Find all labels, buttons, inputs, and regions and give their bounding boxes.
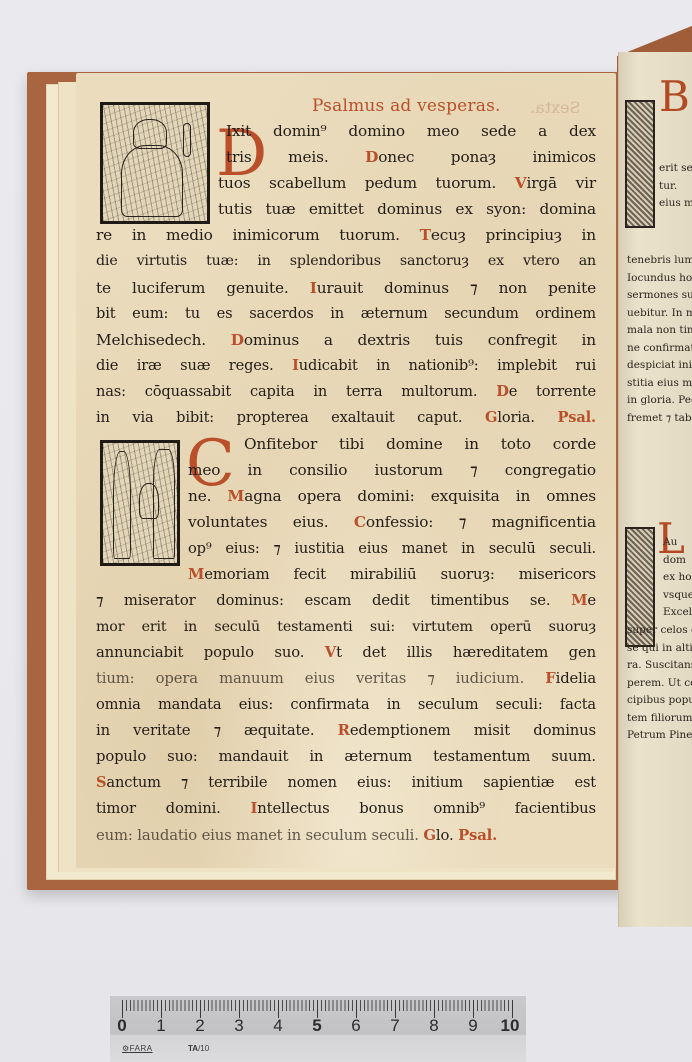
line-text: in via bibit: propterea exaltauit caput. (96, 409, 485, 426)
facing-line: Au (663, 534, 692, 552)
text-line: tutis tuæ emittet dominus ex syon: domin… (96, 196, 596, 222)
text-line: nas: cōquassabit capita in terra multoru… (96, 379, 596, 405)
line-text: urauit dominus ⁊ non penite (317, 279, 596, 297)
text-line: die virtutis tuæ: in splendoribus sancto… (96, 248, 596, 274)
line-text: udicabit in nationib⁹: implebit rui (299, 357, 596, 374)
facing-line: mala non timebit (627, 322, 692, 340)
text-line: Ixit domin⁹ domino meo sede a dex (96, 118, 596, 144)
ruler-number: 7 (390, 1016, 399, 1036)
line-text: onfessio: ⁊ magnificentia (366, 513, 596, 531)
rubric-initial: F (545, 670, 555, 687)
text-line: in via bibit: propterea exaltauit caput.… (96, 405, 596, 431)
line-text: emoriam fecit mirabiliū suoruȝ: miserico… (204, 566, 596, 583)
rubric-initial: M (188, 566, 204, 583)
text-line: in veritate ⁊ æquitate. Redemptionem mis… (96, 718, 596, 744)
rubric-initial: S (96, 774, 106, 791)
facing-line: eius ma (659, 195, 692, 213)
line-text: eum: laudatio eius manet in seculum secu… (96, 827, 423, 844)
rubric-initial: D (231, 331, 244, 349)
text-line: Onfitebor tibi domine in toto corde (96, 431, 596, 457)
ruler-number: 5 (312, 1016, 321, 1036)
line-text: populo suo: mandauit in æternum testamen… (96, 748, 596, 765)
facing-line: vsque ad (663, 587, 692, 605)
text-line: Sanctum ⁊ terribile nomen eius: initium … (96, 770, 596, 796)
text-line: populo suo: mandauit in æternum testamen… (96, 744, 596, 770)
rubric-initial: D (496, 383, 509, 400)
text-line: Melchisedech. Dominus a dextris tuis con… (96, 327, 596, 353)
line-text: te luciferum genuite. (96, 279, 310, 297)
facing-line: erit sem (659, 160, 692, 178)
line-text: timor domini. (96, 800, 250, 817)
facing-line: dom (663, 552, 692, 570)
ruler-number: 4 (273, 1016, 282, 1036)
line-text: in veritate ⁊ æquitate. (96, 722, 338, 739)
ruler-number: 3 (234, 1016, 243, 1036)
line-text: e torrente (509, 383, 596, 400)
text-line: meo in consilio iustorum ⁊ congregatio (96, 457, 596, 483)
ruler-number: 10 (501, 1016, 520, 1036)
rubric-initial: V (515, 174, 527, 192)
facing-page: B L erit sem tur. eius ma tenebris lumen… (618, 52, 692, 927)
brand-name: FARA (130, 1044, 153, 1053)
line-text: loria. (497, 409, 557, 426)
text-line: tuos scabellum pedum tuorum. Virgā vir (96, 170, 596, 196)
facing-text-lower-side: Au dom ex hoc nu vsque ad Excelsus (663, 534, 692, 622)
text-line: omnia mandata eius: confirmata in seculu… (96, 692, 596, 718)
line-text: lo. (436, 827, 458, 844)
text-line: annunciabit populo suo. Vt det illis hær… (96, 640, 596, 666)
line-text: op⁹ eius: ⁊ iustitia eius manet in secul… (188, 540, 596, 557)
facing-text-lower: super celos gloria e se qui in altis hab… (627, 622, 692, 745)
text-line: ⁊ miserator dominus: escam dedit timenti… (96, 588, 596, 614)
line-text: die iræ suæ reges. (96, 357, 292, 374)
line-text: annunciabit populo suo. (96, 644, 325, 661)
rubric-initial: M (227, 487, 244, 505)
line-text: t det illis hæreditatem gen (336, 644, 596, 661)
ruler-number: 6 (351, 1016, 360, 1036)
facing-line: sermones suos in (627, 287, 692, 305)
text-line: bit eum: tu es sacerdos in æternum secun… (96, 301, 596, 327)
facing-line: despiciat inimicos (627, 357, 692, 375)
text-line: re in medio inimicorum tuorum. Tecuȝ pri… (96, 222, 596, 248)
facing-line: super celos gloria e (627, 622, 692, 640)
line-text: anctum ⁊ terribile nomen eius: initium s… (106, 774, 596, 791)
text-line: tris meis. Donec ponaȝ inimicos (96, 144, 596, 170)
text-line: op⁹ eius: ⁊ iustitia eius manet in secul… (96, 536, 596, 562)
psalm-heading: Psalmus ad vesperas. (312, 96, 501, 116)
facing-line: Iocundus hom (627, 270, 692, 288)
facing-text-upper: erit sem tur. eius ma (659, 160, 692, 213)
facing-line: ex hoc nu (663, 569, 692, 587)
psal-rubric: Psal. (557, 409, 596, 426)
line-text: ecuȝ principiuȝ in (431, 226, 596, 244)
text-line: mor erit in seculū testamenti sui: virtu… (96, 614, 596, 640)
facing-line: ne confirmatum (627, 340, 692, 358)
rubric-initial: I (310, 279, 317, 297)
photo-stage: B L erit sem tur. eius ma tenebris lumen… (0, 0, 692, 1062)
line-text: edemptionem misit dominus (350, 722, 596, 739)
line-text: mor erit in seculū testamenti sui: virtu… (96, 619, 596, 635)
line-text: onec ponaȝ inimicos (378, 148, 596, 166)
line-text: agna opera domini: exquisita in omnes (244, 487, 596, 505)
facing-text-middle: tenebris lumen Iocundus hom sermones suo… (627, 252, 692, 427)
scale-ruler: 0 1 2 3 4 5 6 7 8 9 10 ⚙FARA TA/10 (110, 995, 526, 1062)
line-text: ⁊ miserator dominus: escam dedit timenti… (96, 592, 571, 609)
text-line: Memoriam fecit mirabiliū suoruȝ: miseric… (96, 562, 596, 588)
line-text: omnia mandata eius: confirmata in seculu… (96, 696, 596, 713)
rubric-initial: G (423, 827, 436, 844)
facing-woodcut-top (625, 100, 655, 228)
line-text: irgā vir (527, 174, 596, 192)
line-text: tuos scabellum pedum tuorum. (218, 174, 515, 192)
ruler-number: 8 (429, 1016, 438, 1036)
facing-line: fremet ⁊ tabescet (627, 410, 692, 428)
text-line: die iræ suæ reges. Iudicabit in nationib… (96, 353, 596, 379)
facing-line: ra. Suscitans a terr (627, 657, 692, 675)
model-bold: TA (188, 1044, 198, 1053)
ruler-number: 2 (195, 1016, 204, 1036)
facing-line: se qui in altis habi (627, 640, 692, 658)
rubric-initial: R (338, 722, 350, 739)
line-text: die virtutis tuæ: in splendoribus sancto… (96, 253, 596, 269)
facing-line: Excelsus (663, 604, 692, 622)
line-text: ominus a dextris tuis confregit in (244, 331, 596, 349)
line-text: tutis tuæ emittet dominus ex syon: domin… (218, 200, 596, 218)
line-text: voluntates eius. (188, 513, 354, 531)
line-text: ne. (188, 487, 227, 505)
ruler-number: 9 (468, 1016, 477, 1036)
rubric-initial: V (325, 644, 336, 661)
brand-icon: ⚙ (122, 1044, 130, 1053)
text-line: te luciferum genuite. Iurauit dominus ⁊ … (96, 275, 596, 301)
line-text: ntellectus bonus omnib⁹ facientibus (257, 800, 596, 817)
facing-line: Petrum Pined (627, 727, 692, 745)
facing-line: perem. Ut collocet (627, 675, 692, 693)
ruler-model: TA/10 (188, 1044, 209, 1053)
rubric-initial: M (571, 592, 587, 609)
facing-line: uebitur. In me (627, 305, 692, 323)
ruler-number: 0 (117, 1016, 126, 1036)
facing-line: in gloria. Peccat (627, 392, 692, 410)
text-line: tium: opera manuum eius veritas ⁊ iudici… (96, 666, 596, 692)
rubric-initial: I (292, 357, 299, 374)
rubric-initial: G (485, 409, 497, 426)
facing-line: tem filiorum leta (627, 710, 692, 728)
line-text: e (587, 592, 596, 609)
bleed-through-running-head: Sexta. (530, 98, 581, 117)
line-text: tium: opera manuum eius veritas ⁊ iudici… (96, 670, 545, 687)
facing-line: tenebris lumen (627, 252, 692, 270)
facing-line: tur. (659, 178, 692, 196)
ruler-brand-logo: ⚙FARA (122, 1044, 153, 1053)
rubric-initial: T (420, 226, 431, 244)
line-text: nas: cōquassabit capita in terra multoru… (96, 383, 496, 400)
rubric-initial: C (354, 513, 366, 531)
line-text: re in medio inimicorum tuorum. (96, 226, 420, 244)
line-text: Ixit domin⁹ domino meo sede a dex (226, 122, 596, 140)
psalm-text-block: Ixit domin⁹ domino meo sede a dex tris m… (96, 118, 596, 849)
facing-initial-b: B (659, 72, 690, 121)
text-line: eum: laudatio eius manet in seculum secu… (96, 823, 596, 849)
line-text: meo in consilio iustorum ⁊ congregatio (188, 461, 596, 479)
ruler-number: 1 (156, 1016, 165, 1036)
facing-line: cipibus populi sui. Q (627, 692, 692, 710)
rubric-initial: D (365, 148, 378, 166)
text-line: ne. Magna opera domini: exquisita in omn… (96, 483, 596, 509)
model-rest: /10 (198, 1044, 209, 1053)
line-text: tris meis. (226, 148, 365, 166)
line-text: bit eum: tu es sacerdos in æternum secun… (96, 305, 596, 322)
text-line: voluntates eius. Confessio: ⁊ magnificen… (96, 509, 596, 535)
line-text: Onfitebor tibi domine in toto corde (244, 435, 596, 453)
text-line: timor domini. Intellectus bonus omnib⁹ f… (96, 796, 596, 822)
facing-line: stitia eius manet in (627, 375, 692, 393)
psal-rubric: Psal. (458, 827, 497, 844)
line-text: Melchisedech. (96, 331, 231, 349)
line-text: idelia (556, 670, 596, 687)
